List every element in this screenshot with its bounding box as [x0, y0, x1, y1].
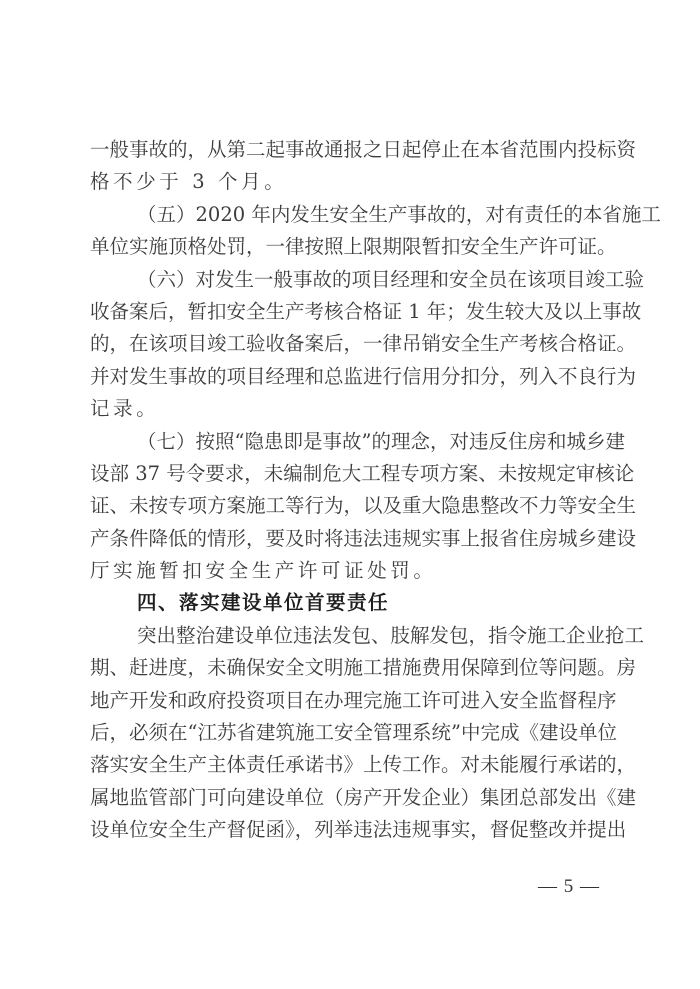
text-line: 属地监管部门可向建设单位（房产开发企业）集团总部发出《建 — [90, 782, 610, 814]
text-line: （七）按照“隐患即是事故”的理念，对违反住房和城乡建 — [90, 426, 610, 458]
text-line: 并对发生事故的项目经理和总监进行信用分扣分，列入不良行为 — [90, 361, 610, 393]
text-line: 记录。 — [90, 393, 610, 425]
text-line: （五）2020 年内发生安全生产事故的，对有责任的本省施工 — [90, 199, 610, 231]
text-line: 证、未按专项方案施工等行为，以及重大隐患整改不力等安全生 — [90, 490, 610, 522]
paragraph-item-7: （七）按照“隐患即是事故”的理念，对违反住房和城乡建 设部 37 号令要求，未编… — [90, 426, 610, 588]
text-line: 一般事故的，从第二起事故通报之日起停止在本省范围内投标资 — [90, 134, 610, 166]
document-page: 一般事故的，从第二起事故通报之日起停止在本省范围内投标资 格不少于 3 个月。 … — [90, 134, 610, 847]
text-line: 产条件降低的情形，要及时将违法违规实事上报省住房城乡建设 — [90, 523, 610, 555]
section-heading: 四、落实建设单位首要责任 — [90, 587, 610, 619]
text-line: 设单位安全生产督促函》，列举违法违规事实，督促整改并提出 — [90, 814, 610, 846]
text-line: 单位实施顶格处罚，一律按照上限期限暂扣安全生产许可证。 — [90, 231, 610, 263]
text-line: 厅实施暂扣安全生产许可证处罚。 — [90, 555, 610, 587]
text-line: 后，必须在“江苏省建筑施工安全管理系统”中完成《建设单位 — [90, 717, 610, 749]
text-line: 突出整治建设单位违法发包、肢解发包，指令施工企业抢工 — [90, 620, 610, 652]
text-line: 格不少于 3 个月。 — [90, 166, 610, 198]
text-line: 落实安全生产主体责任承诺书》上传工作。对未能履行承诺的， — [90, 749, 610, 781]
text-line: （六）对发生一般事故的项目经理和安全员在该项目竣工验 — [90, 264, 610, 296]
text-line: 地产开发和政府投资项目在办理完施工许可进入安全监督程序 — [90, 685, 610, 717]
text-line: 收备案后，暂扣安全生产考核合格证 1 年；发生较大及以上事故 — [90, 296, 610, 328]
paragraph-item-5: （五）2020 年内发生安全生产事故的，对有责任的本省施工 单位实施顶格处罚，一… — [90, 199, 610, 264]
paragraph-section-4: 突出整治建设单位违法发包、肢解发包，指令施工企业抢工 期、赶进度，未确保安全文明… — [90, 620, 610, 847]
text-line: 期、赶进度，未确保安全文明施工措施费用保障到位等问题。房 — [90, 652, 610, 684]
page-number: — 5 — — [538, 876, 600, 898]
paragraph-continued: 一般事故的，从第二起事故通报之日起停止在本省范围内投标资 格不少于 3 个月。 — [90, 134, 610, 199]
paragraph-item-6: （六）对发生一般事故的项目经理和安全员在该项目竣工验 收备案后，暂扣安全生产考核… — [90, 264, 610, 426]
text-line: 的，在该项目竣工验收备案后，一律吊销安全生产考核合格证。 — [90, 328, 610, 360]
text-line: 设部 37 号令要求，未编制危大工程专项方案、未按规定审核论 — [90, 458, 610, 490]
